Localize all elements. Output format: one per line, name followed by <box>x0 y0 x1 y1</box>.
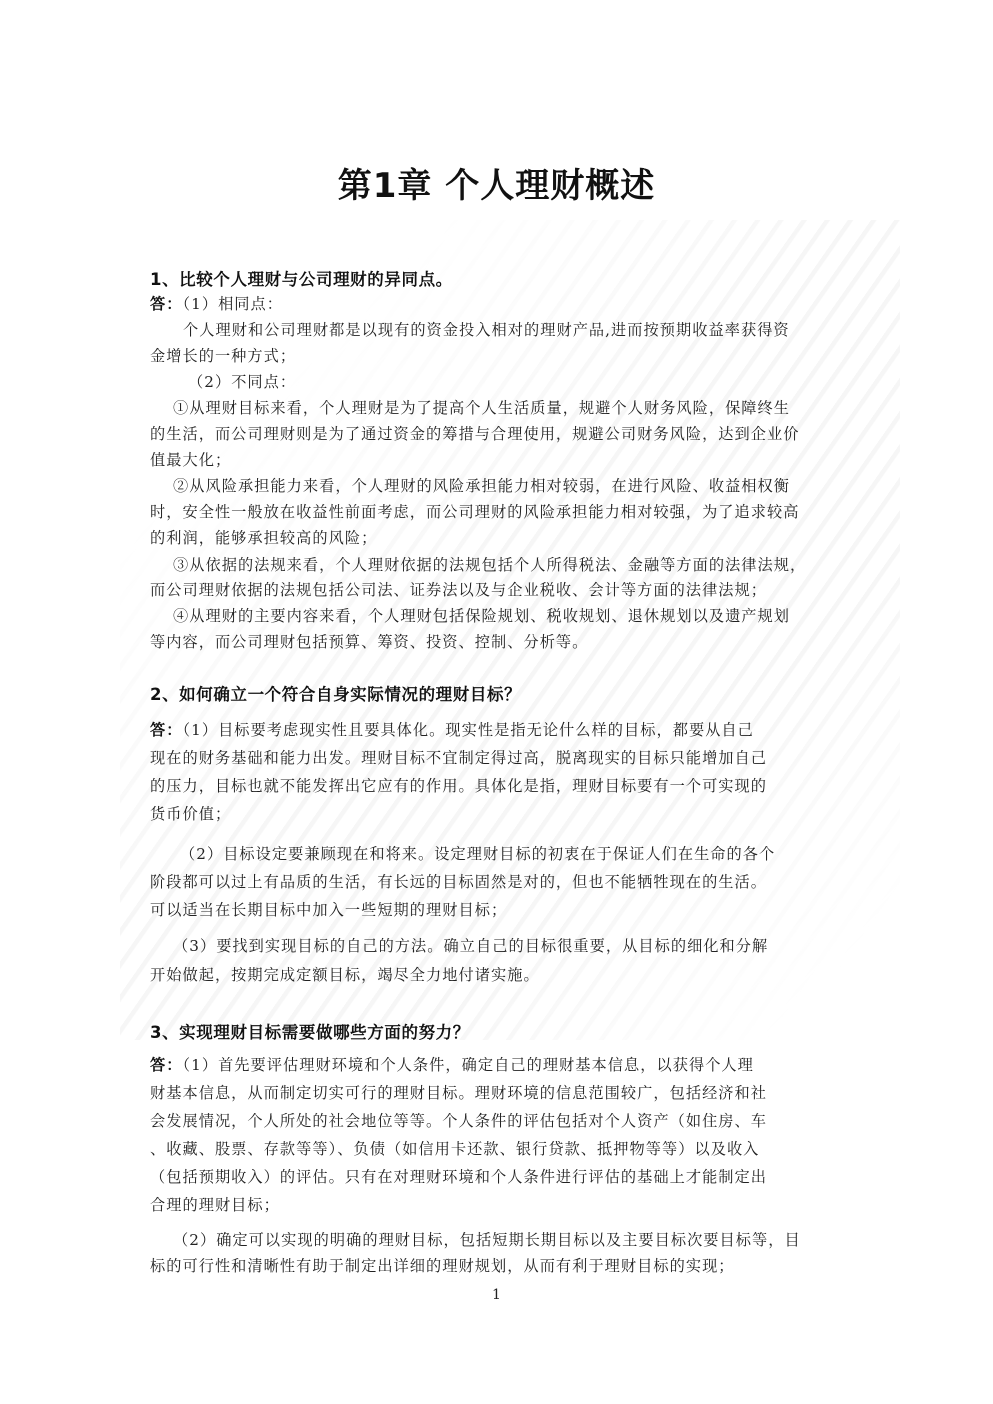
answer-line: 现在的财务基础和能力出发。理财目标不宜制定得过高，脱离现实的目标只能增加自己 <box>150 747 767 768</box>
answer-line: 的生活，而公司理财则是为了通过资金的筹措与合理使用，规避公司财务风险，达到企业价 <box>150 423 800 444</box>
answer-line: （2）不同点： <box>188 371 296 392</box>
document-page: 第1章 个人理财概述 1、比较个人理财与公司理财的异同点。 答：（1）相同点： … <box>0 0 993 1404</box>
answer-label: 答： <box>150 1056 182 1074</box>
answer-line: 合理的理财目标； <box>150 1194 280 1215</box>
answer-line: 开始做起，按期完成定额目标，竭尽全力地付诸实施。 <box>150 964 540 985</box>
answer-label: 答： <box>150 721 182 739</box>
answer-line: （包括预期收入）的评估。只有在对理财环境和个人条件进行评估的基础上才能制定出 <box>150 1166 767 1187</box>
answer-label: 答： <box>150 295 182 313</box>
chapter-title: 第1章 个人理财概述 <box>0 158 993 207</box>
answer-line: （2）确定可以实现的明确的理财目标，包括短期长期目标以及主要目标次要目标等，目 <box>173 1229 801 1250</box>
answer-text: （1）目标要考虑现实性且要具体化。现实性是指无论什么样的目标，都要从自己 <box>182 721 753 739</box>
answer-line: 可以适当在长期目标中加入一些短期的理财目标； <box>150 899 507 920</box>
answer-line: 会发展情况，个人所处的社会地位等等。个人条件的评估包括对个人资产（如住房、车 <box>150 1110 767 1131</box>
answer-line: 、收藏、股票、存款等等）、负债（如信用卡还款、银行贷款、抵押物等等）以及收入 <box>150 1138 759 1159</box>
answer-line: 货币价值； <box>150 803 231 824</box>
answer-line: （2）目标设定要兼顾现在和将来。设定理财目标的初衷在于保证人们在生命的各个 <box>180 843 775 864</box>
answer-line: 标的可行性和清晰性有助于制定出详细的理财规划，从而有利于理财目标的实现； <box>150 1255 735 1276</box>
answer-line: 而公司理财依据的法规包括公司法、证券法以及与企业税收、会计等方面的法律法规； <box>150 579 767 600</box>
answer-line: 的压力，目标也就不能发挥出它应有的作用。具体化是指，理财目标要有一个可实现的 <box>150 775 767 796</box>
answer-line: 等内容，而公司理财包括预算、筹资、投资、控制、分析等。 <box>150 631 588 652</box>
answer-line: 值最大化； <box>150 449 231 470</box>
page-number: 1 <box>0 1287 993 1303</box>
answer-line: 阶段都可以过上有品质的生活，有长远的目标固然是对的，但也不能牺牲现在的生活。 <box>150 871 767 892</box>
answer-line: ②从风险承担能力来看，个人理财的风险承担能力相对较弱，在进行风险、收益相权衡 <box>173 475 790 496</box>
question-3-heading: 3、实现理财目标需要做哪些方面的努力？ <box>150 1019 470 1043</box>
answer-text: （1）首先要评估理财环境和个人条件，确定自己的理财基本信息，以获得个人理 <box>182 1056 753 1074</box>
answer-line: 答：（1）相同点： <box>150 293 283 314</box>
answer-line: 时，安全性一般放在收益性前面考虑，而公司理财的风险承担能力相对较强，为了追求较高 <box>150 501 800 522</box>
answer-line: 答：（1）首先要评估理财环境和个人条件，确定自己的理财基本信息，以获得个人理 <box>150 1054 754 1075</box>
question-2-heading: 2、如何确立一个符合自身实际情况的理财目标？ <box>150 681 521 705</box>
answer-line: ①从理财目标来看，个人理财是为了提高个人生活质量，规避个人财务风险，保障终生 <box>173 397 790 418</box>
answer-line: ③从依据的法规来看，个人理财依据的法规包括个人所得税法、金融等方面的法律法规， <box>173 554 806 575</box>
answer-line: 金增长的一种方式； <box>150 345 296 366</box>
answer-line: （3）要找到实现目标的自己的方法。确立自己的目标很重要，从目标的细化和分解 <box>173 935 768 956</box>
answer-line: 财基本信息，从而制定切实可行的理财目标。理财环境的信息范围较广，包括经济和社 <box>150 1082 767 1103</box>
answer-text: （1）相同点： <box>182 295 283 313</box>
answer-line: 个人理财和公司理财都是以现有的资金投入相对的理财产品,进而按预期收益率获得资 <box>183 319 790 340</box>
answer-line: 的利润，能够承担较高的风险； <box>150 527 377 548</box>
answer-line: 答：（1）目标要考虑现实性且要具体化。现实性是指无论什么样的目标，都要从自己 <box>150 719 754 740</box>
answer-line: ④从理财的主要内容来看，个人理财包括保险规划、税收规划、退休规划以及遗产规划 <box>173 605 790 626</box>
question-1-heading: 1、比较个人理财与公司理财的异同点。 <box>150 266 453 290</box>
